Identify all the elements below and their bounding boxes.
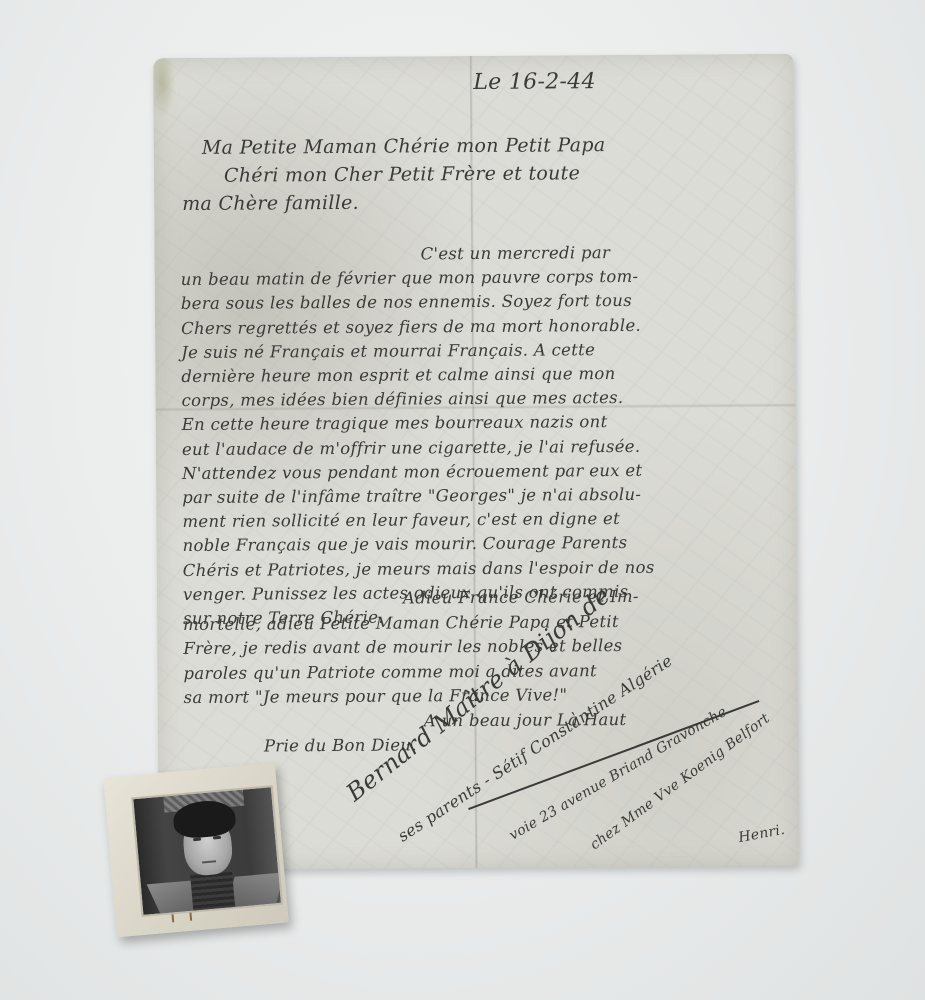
body-line: ment rien sollicité en leur faveur, c'es… — [182, 507, 654, 534]
salutation-line: ma Chère famille. — [182, 187, 606, 218]
body-line: par suite de l'infâme traître "Georges" … — [182, 483, 654, 510]
closing-line: sa mort "Je meurs pour que la France Viv… — [184, 683, 640, 711]
letter-body: C'est un mercredi par un beau matin de f… — [180, 241, 655, 632]
letter-salutation: Ma Petite Maman Chérie mon Petit Papa Ch… — [202, 131, 606, 218]
body-line: C'est un mercredi par — [180, 241, 652, 268]
body-line: corps, mes idées bien définies ainsi que… — [181, 386, 653, 413]
body-line: eut l'audace de m'offrir une cigarette, … — [182, 434, 654, 461]
initial-mark: Henri. — [737, 822, 786, 846]
body-line: Chéris et Patriotes, je meurs mais dans … — [183, 555, 655, 582]
salutation-line: Chéri mon Cher Petit Frère et toute — [202, 159, 606, 190]
body-line: bera sous les balles de nos ennemis. Soy… — [181, 289, 653, 316]
signature-block: Bernard Maître à Dijon de ses parents - … — [348, 754, 779, 867]
body-line: N'attendez vous pendant mon écrouement p… — [182, 459, 654, 486]
salutation-line: Ma Petite Maman Chérie mon Petit Papa — [202, 131, 606, 162]
body-line: un beau matin de février que mon pauvre … — [181, 265, 653, 292]
body-line: Je suis né Français et mourrai Français.… — [181, 338, 653, 365]
letter-date: Le 16-2-44 — [473, 69, 596, 95]
body-line: En cette heure tragique mes bourreaux na… — [182, 410, 654, 437]
body-line: noble Français que je vais mourir. Coura… — [182, 531, 654, 558]
body-line: dernière heure mon esprit et calme ainsi… — [181, 362, 653, 389]
photo-stamp-mark — [172, 913, 193, 923]
closing-line: paroles qu'un Patriote comme moi a dites… — [183, 658, 639, 686]
portrait-image — [131, 785, 283, 917]
portrait-sweater — [190, 871, 235, 915]
handwritten-letter: Le 16-2-44 Ma Petite Maman Chérie mon Pe… — [153, 54, 799, 870]
body-line: Chers regrettés et soyez fiers de ma mor… — [181, 313, 653, 340]
id-photo — [103, 763, 288, 937]
